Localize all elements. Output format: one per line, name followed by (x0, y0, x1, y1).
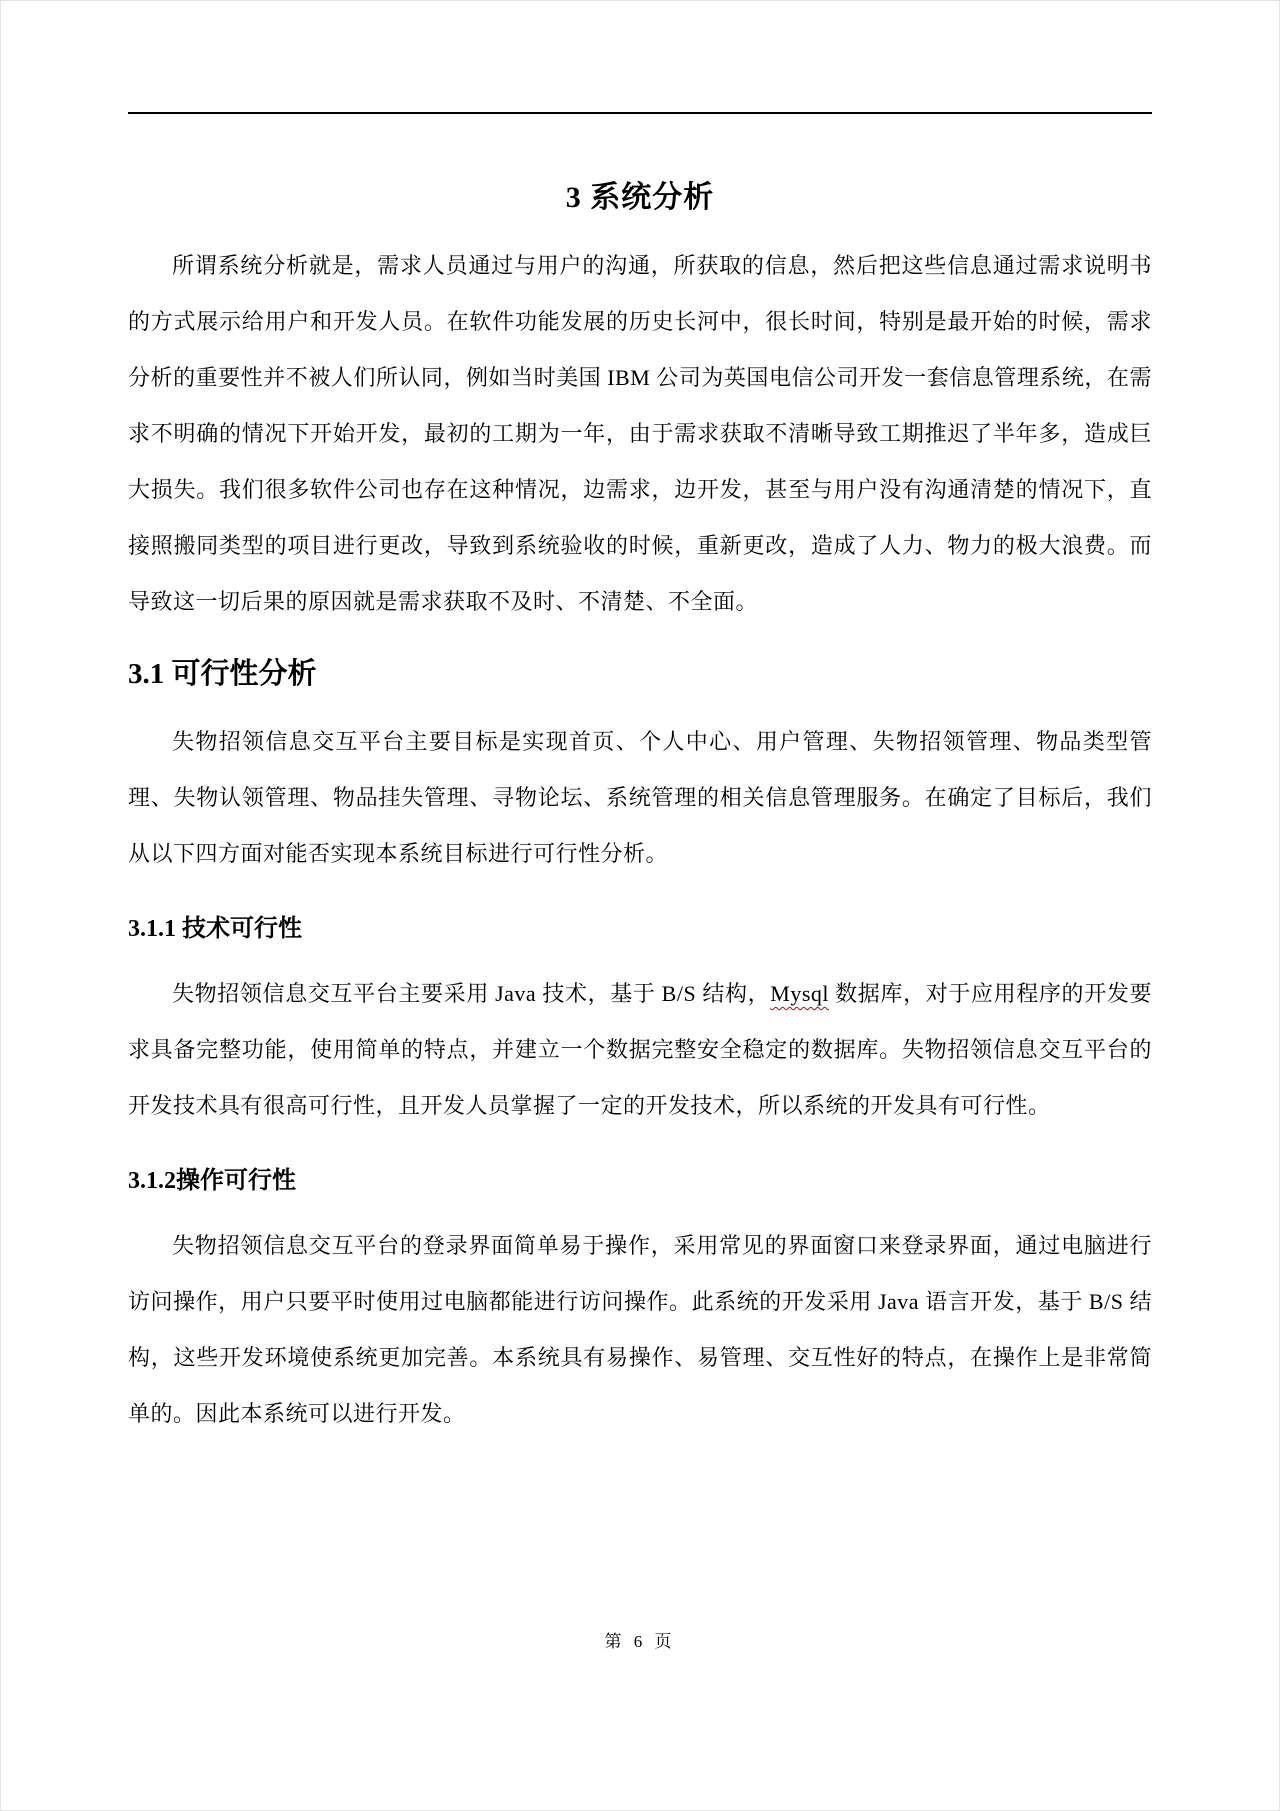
header-rule (128, 112, 1152, 114)
chapter-title: 3 系统分析 (128, 176, 1152, 220)
feasibility-overview-paragraph: 失物招领信息交互平台主要目标是实现首页、个人中心、用户管理、失物招领管理、物品类… (128, 714, 1152, 882)
section-3-1-1-heading: 3.1.1 技术可行性 (128, 910, 1152, 948)
document-page: 3 系统分析 所谓系统分析就是，需求人员通过与用户的沟通，所获取的信息，然后把这… (0, 0, 1280, 1811)
spellcheck-word-mysql: Mysql (770, 981, 829, 1006)
intro-paragraph: 所谓系统分析就是，需求人员通过与用户的沟通，所获取的信息，然后把这些信息通过需求… (128, 238, 1152, 630)
section-3-1-heading: 3.1 可行性分析 (128, 652, 1152, 696)
page-number: 第 6 页 (1, 1627, 1279, 1652)
section-3-1-2-heading: 3.1.2操作可行性 (128, 1162, 1152, 1200)
operation-feasibility-paragraph: 失物招领信息交互平台的登录界面简单易于操作，采用常见的界面窗口来登录界面，通过电… (128, 1218, 1152, 1442)
technical-feasibility-paragraph: 失物招领信息交互平台主要采用 Java 技术，基于 B/S 结构，Mysql 数… (128, 966, 1152, 1134)
tech-paragraph-text-before: 失物招领信息交互平台主要采用 Java 技术，基于 B/S 结构， (172, 981, 770, 1006)
